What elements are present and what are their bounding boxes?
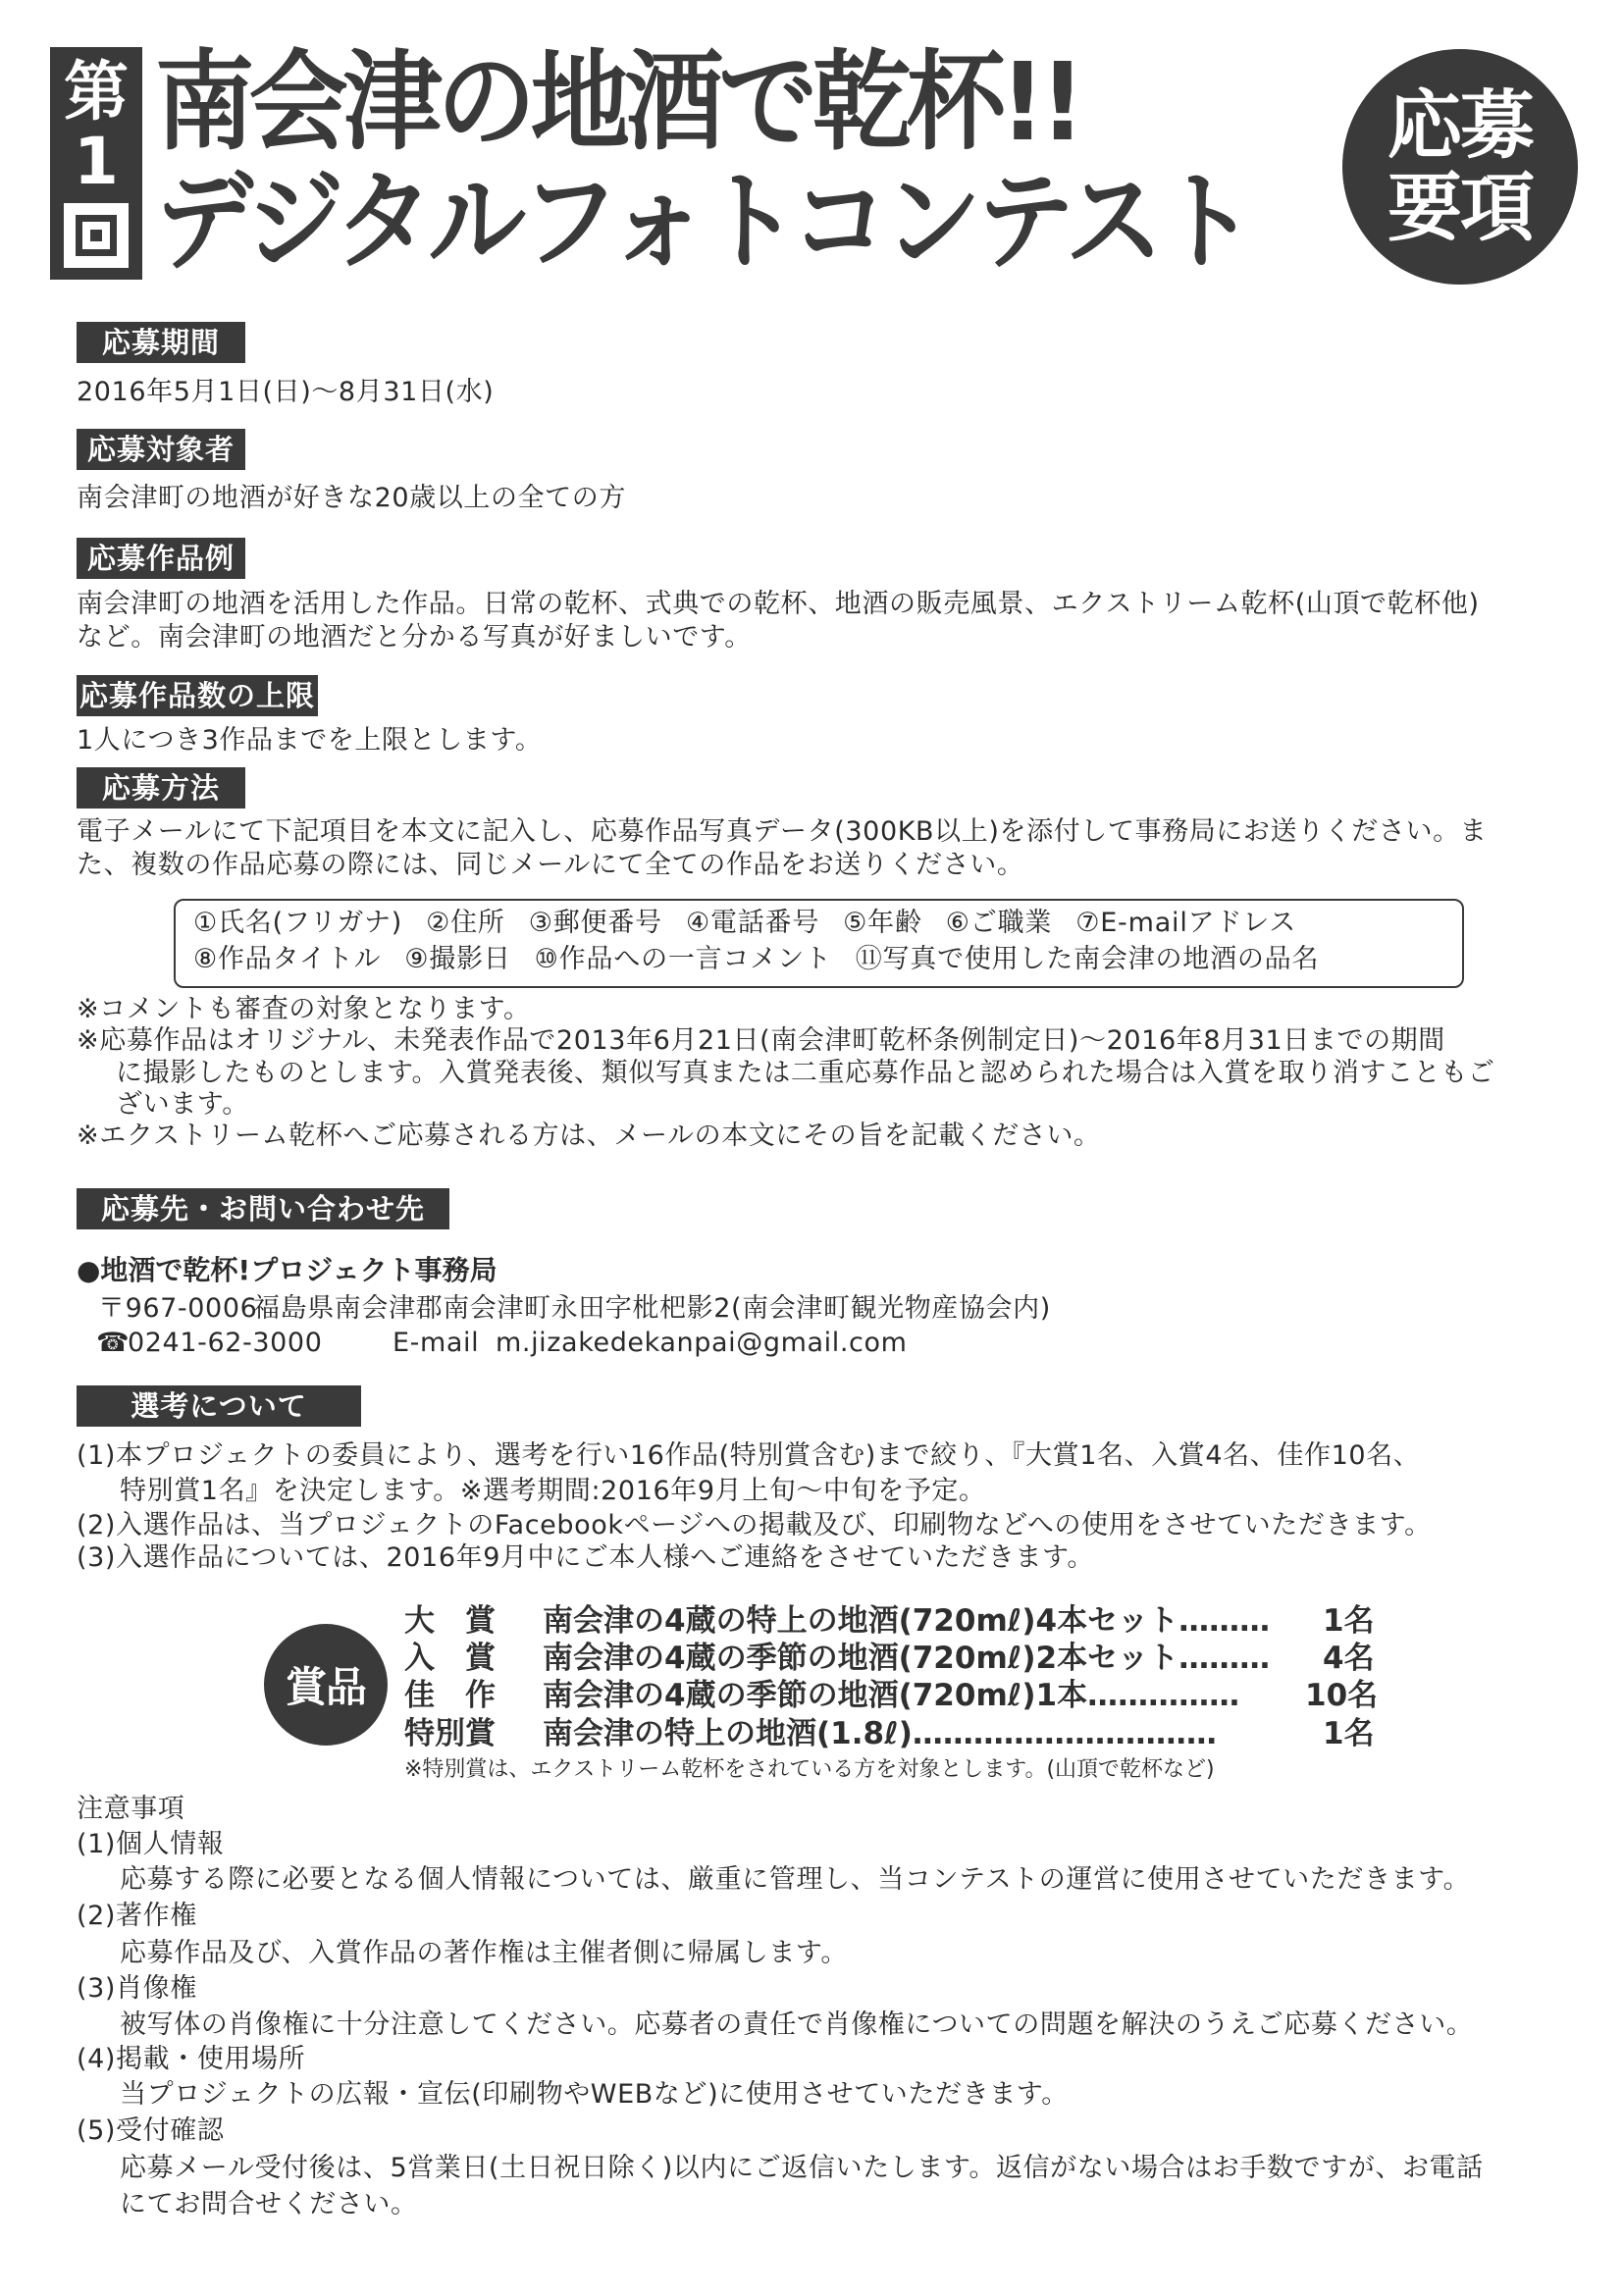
- title-line-2: デジタルフォトコンテスト: [155, 167, 1251, 277]
- method-note-2: ※応募作品はオリジナル、未発表作品で2013年6月21日(南会津町乾杯条例制定日…: [77, 1025, 1445, 1057]
- edition-badge: 第 1: [50, 47, 142, 280]
- method-note-1: ※コメントも審査の対象となります。: [77, 994, 531, 1025]
- title-line-1: 南会津の地酒で乾杯!!: [155, 47, 1079, 157]
- method-line-1: 電子メールにて下記項目を本文に記入し、応募作品写真データ(300KB以上)を添付…: [77, 816, 1487, 848]
- contact-postal: 〒967-0006: [98, 1293, 257, 1325]
- prize-rank: 入 賞: [404, 1641, 543, 1676]
- contact-organization: ●地酒で乾杯!プロジェクト事務局: [77, 1254, 497, 1287]
- notice-5-text-cont: にてお問合せください。: [120, 2189, 418, 2220]
- edition-dai: 第: [64, 57, 129, 128]
- item-occupation: ⑥ご職業: [946, 908, 1052, 938]
- notice-5-title: (5)受付確認: [77, 2115, 224, 2147]
- notice-4-text: 当プロジェクトの広報・宣伝(印刷物やWEBなど)に使用させていただきます。: [120, 2079, 1069, 2111]
- edition-number: 1: [74, 127, 119, 197]
- notices-heading: 注意事項: [77, 1794, 184, 1825]
- edition-kai-glyph: [64, 203, 129, 268]
- contact-email[interactable]: m.jizakedekanpai@gmail.com: [496, 1328, 907, 1359]
- prize-row-special: 特別賞南会津の特上の地酒(1.8ℓ)…………………………: [404, 1716, 1217, 1751]
- contact-address: 福島県南会津郡南会津町永田字枇杷影2(南会津町観光物産協会内): [253, 1293, 1051, 1325]
- item-comment: ⑩作品への一言コメント: [535, 944, 832, 974]
- prize-count-special: 1名: [1323, 1716, 1375, 1751]
- notice-1-text: 応募する際に必要となる個人情報については、厳重に管理し、当コンテストの運営に使用…: [120, 1864, 1470, 1896]
- badge-line-1: 応募: [1387, 84, 1533, 167]
- section-heading-period: 応募期間: [77, 322, 245, 363]
- prize-desc: 南会津の4蔵の季節の地酒(720mℓ)2本セット: [543, 1641, 1178, 1676]
- prize-note: ※特別賞は、エクストリーム乾杯をされている方を対象とします。(山頂で乾杯など): [404, 1756, 1215, 1784]
- notice-3-text: 被写体の肖像権に十分注意してください。応募者の責任で肖像権についての問題を解決の…: [120, 2009, 1473, 2041]
- prize-row-honorable: 佳 作南会津の4蔵の季節の地酒(720mℓ)1本……………: [404, 1678, 1239, 1713]
- prize-rank: 特別賞: [404, 1716, 543, 1751]
- item-sake-name: ⑪写真で使用した南会津の地酒の品名: [856, 944, 1320, 974]
- notice-2-text: 応募作品及び、入賞作品の著作権は主催者側に帰属します。: [120, 1938, 848, 1969]
- prize-rank: 佳 作: [404, 1678, 543, 1713]
- selection-line-3: (3)入選作品については、2016年9月中にご本人様へご連絡をさせていただきます…: [77, 1542, 1094, 1574]
- examples-line-1: 南会津町の地酒を活用した作品。日常の乾杯、式典での乾杯、地酒の販売風景、エクスト…: [77, 589, 1480, 620]
- prize-dots: ……………: [1087, 1678, 1239, 1713]
- prize-desc: 南会津の特上の地酒(1.8ℓ): [543, 1716, 913, 1751]
- section-heading-method: 応募方法: [77, 767, 245, 809]
- prize-row-winner: 入 賞南会津の4蔵の季節の地酒(720mℓ)2本セット………: [404, 1641, 1270, 1676]
- application-guidelines-badge: 応募 要項: [1342, 49, 1578, 285]
- item-email: ⑦E-mailアドレス: [1075, 908, 1296, 938]
- limit-text: 1人につき3作品までを上限とします。: [77, 725, 542, 757]
- contact-email-label: E-mail: [393, 1328, 479, 1359]
- prize-desc: 南会津の4蔵の季節の地酒(720mℓ)1本: [543, 1678, 1087, 1713]
- prize-row-grand: 大 賞南会津の4蔵の特上の地酒(720mℓ)4本セット………: [404, 1603, 1270, 1639]
- section-heading-contact: 応募先・お問い合わせ先: [77, 1188, 449, 1229]
- prize-dots: …………………………: [913, 1716, 1217, 1751]
- prize-rank: 大 賞: [404, 1603, 543, 1639]
- item-postal: ③郵便番号: [529, 908, 662, 938]
- item-title: ⑧作品タイトル: [193, 944, 381, 974]
- item-address: ②住所: [426, 908, 505, 938]
- section-heading-eligibility: 応募対象者: [77, 429, 245, 470]
- notice-1-title: (1)個人情報: [77, 1829, 224, 1860]
- selection-line-2: (2)入選作品は、当プロジェクトのFacebookページへの掲載及び、印刷物など…: [77, 1510, 1432, 1541]
- selection-line-1-cont: 特別賞1名』を決定します。※選考期間:2016年9月上旬～中旬を予定。: [120, 1476, 986, 1507]
- contact-phone: 0241-62-3000: [128, 1328, 322, 1359]
- item-phone: ④電話番号: [686, 908, 819, 938]
- required-items-row-1: ①氏名(フリガナ)②住所③郵便番号④電話番号⑤年齢⑥ご職業⑦E-mailアドレス: [193, 908, 1320, 939]
- section-heading-examples: 応募作品例: [77, 538, 245, 579]
- selection-line-1: (1)本プロジェクトの委員により、選考を行い16作品(特別賞含む)まで絞り、『大…: [77, 1440, 1420, 1472]
- section-heading-selection: 選考について: [77, 1385, 361, 1427]
- prize-dots: ………: [1178, 1603, 1270, 1639]
- item-date: ⑨撮影日: [404, 944, 510, 974]
- required-items-row-2: ⑧作品タイトル⑨撮影日⑩作品への一言コメント⑪写真で使用した南会津の地酒の品名: [193, 944, 1342, 975]
- method-note-2-cont: に撮影したものとします。入賞発表後、類似写真または二重応募作品と認められた場合は…: [116, 1058, 1494, 1089]
- badge-line-2: 要項: [1387, 167, 1533, 249]
- notice-2-title: (2)著作権: [77, 1901, 197, 1932]
- examples-line-2: など。南会津町の地酒だと分かる写真が好ましいです。: [77, 622, 752, 653]
- required-items-box: ①氏名(フリガナ)②住所③郵便番号④電話番号⑤年齢⑥ご職業⑦E-mailアドレス…: [174, 899, 1464, 988]
- method-note-3: ※エクストリーム乾杯へご応募される方は、メールの本文にその旨を記載ください。: [77, 1121, 1101, 1152]
- method-note-2-cont2: ざいます。: [116, 1089, 249, 1121]
- prizes-badge: 賞品: [264, 1624, 388, 1746]
- eligibility-text: 南会津町の地酒が好きな20歳以上の全ての方: [77, 483, 626, 514]
- prize-dots: ………: [1178, 1641, 1270, 1676]
- method-line-2: た、複数の作品応募の際には、同じメールにて全ての作品をお送りください。: [77, 850, 1023, 881]
- item-age: ⑤年齢: [843, 908, 922, 938]
- period-text: 2016年5月1日(日)～8月31日(水): [77, 377, 494, 408]
- prize-count-grand: 1名: [1323, 1603, 1375, 1639]
- notice-4-title: (4)掲載・使用場所: [77, 2044, 305, 2075]
- prize-desc: 南会津の4蔵の特上の地酒(720mℓ)4本セット: [543, 1603, 1178, 1639]
- item-name: ①氏名(フリガナ): [193, 908, 402, 938]
- section-heading-limit: 応募作品数の上限: [77, 675, 318, 716]
- prize-count-honorable: 10名: [1305, 1678, 1378, 1713]
- prize-count-winner: 4名: [1323, 1641, 1375, 1676]
- notice-5-text: 応募メール受付後は、5営業日(土日祝日除く)以内にご返信いたします。返信がない場…: [120, 2153, 1484, 2184]
- phone-icon: ☎: [96, 1328, 130, 1359]
- notice-3-title: (3)肖像権: [77, 1973, 197, 2005]
